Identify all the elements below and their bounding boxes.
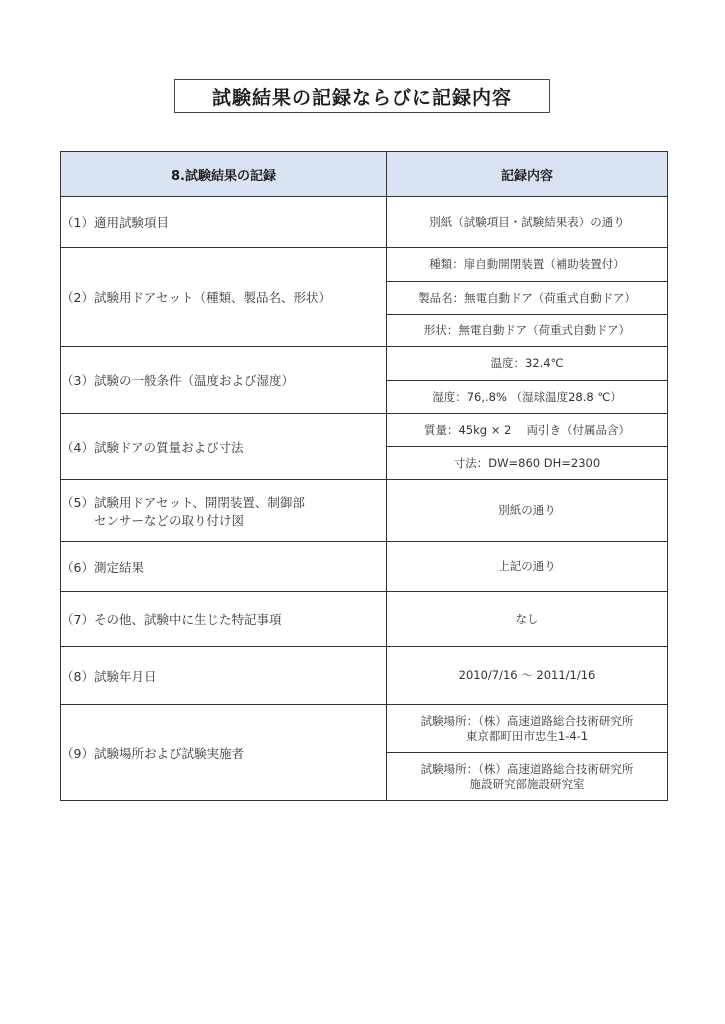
row-label-line1: （5）試験用ドアセット、開閉装置、制御部	[61, 495, 305, 510]
row-value: 別紙の通り	[387, 480, 668, 542]
test-record-table: 8.試験結果の記録 記録内容 （1）適用試験項目 別紙（試験項目・試験結果表）の…	[60, 151, 668, 801]
row-value: 質量：45kg × 2 両引き（付属品含）	[387, 414, 668, 447]
row-label: （6）測定結果	[61, 542, 387, 592]
table-row: （7）その他、試験中に生じた特記事項 なし	[61, 592, 668, 647]
header-record-content: 記録内容	[387, 152, 668, 197]
table-row: （8）試験年月日 2010/7/16 ～ 2011/1/16	[61, 647, 668, 705]
row-value: 種類：扉自動開閉装置（補助装置付）	[387, 248, 668, 282]
test-conductor-line1: 試験場所：（株）高速道路総合技術研究所	[387, 762, 667, 777]
table-row: （6）測定結果 上記の通り	[61, 542, 668, 592]
row-label: （5）試験用ドアセット、開閉装置、制御部 センサーなどの取り付け図	[61, 480, 387, 542]
row-value: 試験場所：（株）高速道路総合技術研究所 施設研究部施設研究室	[387, 753, 668, 801]
table-row: （2）試験用ドアセット（種類、製品名、形状） 種類：扉自動開閉装置（補助装置付）	[61, 248, 668, 282]
row-value: 湿度：76,.8% （湿球温度28.8 ℃）	[387, 381, 668, 414]
row-label-line2: センサーなどの取り付け図	[61, 511, 386, 529]
row-value: 上記の通り	[387, 542, 668, 592]
row-value: 別紙（試験項目・試験結果表）の通り	[387, 197, 668, 248]
table-row: （3）試験の一般条件（温度および湿度） 温度：32.4℃	[61, 347, 668, 381]
table-row: （1）適用試験項目 別紙（試験項目・試験結果表）の通り	[61, 197, 668, 248]
table-header-row: 8.試験結果の記録 記録内容	[61, 152, 668, 197]
row-label: （8）試験年月日	[61, 647, 387, 705]
row-label: （3）試験の一般条件（温度および湿度）	[61, 347, 387, 414]
row-label: （9）試験場所および試験実施者	[61, 705, 387, 801]
row-label: （1）適用試験項目	[61, 197, 387, 248]
row-value: 形状：無電自動ドア（荷重式自動ドア）	[387, 315, 668, 347]
row-value: なし	[387, 592, 668, 647]
table-row: （4）試験ドアの質量および寸法 質量：45kg × 2 両引き（付属品含）	[61, 414, 668, 447]
table-row: （5）試験用ドアセット、開閉装置、制御部 センサーなどの取り付け図 別紙の通り	[61, 480, 668, 542]
test-location-line1: 試験場所：（株）高速道路総合技術研究所	[387, 714, 667, 729]
header-test-result: 8.試験結果の記録	[61, 152, 387, 197]
row-value: 2010/7/16 ～ 2011/1/16	[387, 647, 668, 705]
test-conductor-department: 施設研究部施設研究室	[387, 777, 667, 792]
row-value: 温度：32.4℃	[387, 347, 668, 381]
row-value: 寸法：DW=860 DH=2300	[387, 447, 668, 480]
document-title: 試験結果の記録ならびに記録内容	[174, 79, 550, 113]
test-location-address: 東京都町田市忠生1-4-1	[387, 729, 667, 744]
row-label: （4）試験ドアの質量および寸法	[61, 414, 387, 480]
row-value: 試験場所：（株）高速道路総合技術研究所 東京都町田市忠生1-4-1	[387, 705, 668, 753]
row-value: 製品名：無電自動ドア（荷重式自動ドア）	[387, 282, 668, 315]
row-label: （2）試験用ドアセット（種類、製品名、形状）	[61, 248, 387, 347]
row-label: （7）その他、試験中に生じた特記事項	[61, 592, 387, 647]
table-row: （9）試験場所および試験実施者 試験場所：（株）高速道路総合技術研究所 東京都町…	[61, 705, 668, 753]
